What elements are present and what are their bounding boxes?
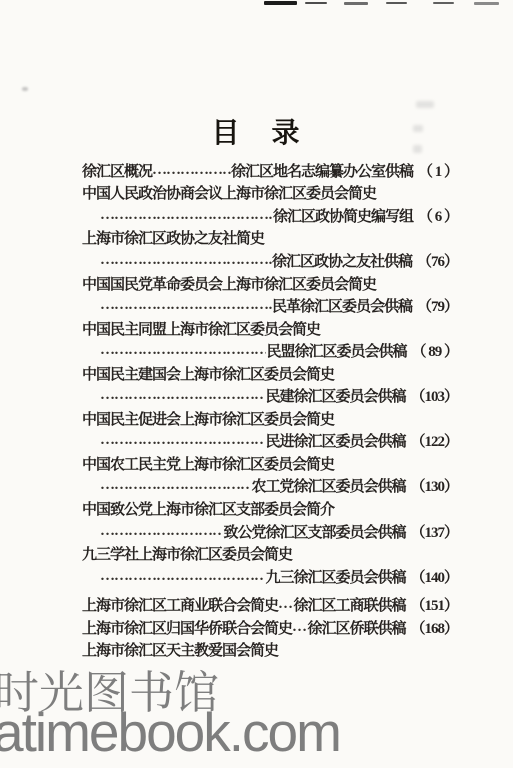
toc-entry-page: （140） bbox=[410, 566, 458, 587]
toc-entry-page: （ 1 ） bbox=[418, 160, 458, 181]
toc-entry: 徐汇区概况………………………………徐汇区地名志编纂办公室供稿（ 1 ） bbox=[82, 159, 458, 182]
dot-leader: ……………………………………………… bbox=[100, 297, 272, 314]
toc-entry-credit: 徐汇区政协之友社供稿 bbox=[272, 250, 412, 271]
toc-entry-credit-line: ………………………………………………徐汇区政协简史编写组（ 6 ） bbox=[82, 204, 458, 227]
dot-leader: …………………………………………… bbox=[100, 477, 251, 494]
toc-entry-title: 徐汇区概况 bbox=[82, 160, 152, 181]
toc-entry: 中国民主促进会上海市徐汇区委员会简史 bbox=[82, 407, 458, 430]
toc-entry-credit: 民盟徐汇区委员会供稿 bbox=[266, 340, 406, 361]
dot-leader: ………………………………… bbox=[100, 523, 223, 540]
scan-mark bbox=[305, 2, 327, 4]
toc-entry-credit: 徐汇区工商联供稿 bbox=[293, 594, 405, 615]
toc-entry-page: （ 89 ） bbox=[411, 340, 458, 361]
dot-leader: ……………………………………………… bbox=[100, 252, 272, 269]
toc-entry-page: （137） bbox=[410, 521, 458, 542]
toc-entry: 九三学社上海市徐汇区委员会简史 bbox=[82, 542, 458, 565]
toc-entry-page: （103） bbox=[410, 385, 458, 406]
toc-entry-title: 中国民主促进会上海市徐汇区委员会简史 bbox=[82, 408, 334, 429]
toc-entry-page: （122） bbox=[410, 430, 458, 451]
watermark-site-url: atimebook.com bbox=[0, 700, 340, 764]
toc-entry-credit-line: ………………………………………………徐汇区政协之友社供稿（76） bbox=[82, 249, 458, 272]
scan-mark bbox=[474, 2, 499, 5]
scan-mark bbox=[433, 2, 454, 4]
toc-entry-credit-line: ………………………………………………民盟徐汇区委员会供稿（ 89 ） bbox=[82, 339, 458, 362]
toc-entry: 上海市徐汇区归国华侨联合会简史……………徐汇区侨联供稿（168） bbox=[82, 616, 458, 639]
toc-entry-credit: 徐汇区地名志编纂办公室供稿 bbox=[231, 160, 413, 181]
toc-entry-credit: 民革徐汇区委员会供稿 bbox=[272, 295, 412, 316]
dot-leader: …………… bbox=[278, 596, 293, 613]
toc-entry-credit: 徐汇区政协简史编写组 bbox=[273, 205, 413, 226]
toc-entry: 中国致公党上海市徐汇区支部委员会简介 bbox=[82, 497, 458, 520]
dot-leader: ……………………………………………… bbox=[100, 342, 266, 359]
toc-entry-page: （151） bbox=[410, 594, 458, 615]
toc-entry-page: （168） bbox=[410, 617, 458, 638]
toc-entry-title: 中国民主同盟上海市徐汇区委员会简史 bbox=[82, 318, 320, 339]
dot-leader: ……………………………………………… bbox=[100, 207, 273, 224]
toc-entry-credit-line: …………………………………致公党徐汇区支部委员会供稿（137） bbox=[82, 520, 458, 543]
toc-entry-credit: 徐汇区侨联供稿 bbox=[307, 617, 405, 638]
toc-entry-credit: 致公党徐汇区支部委员会供稿 bbox=[223, 521, 405, 542]
toc-entry: 中国民主同盟上海市徐汇区委员会简史 bbox=[82, 317, 458, 340]
toc-entry-page: （130） bbox=[410, 475, 458, 496]
scan-smudge bbox=[416, 101, 434, 108]
scan-mark bbox=[386, 2, 407, 4]
dot-leader: ……………………………………………… bbox=[100, 568, 265, 585]
toc-entry-title: 中国农工民主党上海市徐汇区委员会简史 bbox=[82, 453, 334, 474]
toc-entry-title: 上海市徐汇区工商业联合会简史 bbox=[82, 594, 278, 615]
dot-leader: ……………………………………………… bbox=[100, 432, 265, 449]
toc-entry-credit: 农工党徐汇区委员会供稿 bbox=[251, 475, 405, 496]
toc-entry-credit: 民建徐汇区委员会供稿 bbox=[265, 385, 405, 406]
toc-entry-credit-line: ………………………………………………民革徐汇区委员会供稿（79） bbox=[82, 294, 458, 317]
dot-leader: ……………………………………………… bbox=[100, 387, 265, 404]
toc-entry-title: 中国致公党上海市徐汇区支部委员会简介 bbox=[82, 498, 334, 519]
toc-entry-credit: 民进徐汇区委员会供稿 bbox=[265, 430, 405, 451]
toc-entry: 中国国民党革命委员会上海市徐汇区委员会简史 bbox=[82, 272, 458, 295]
dot-leader: …………… bbox=[292, 619, 307, 636]
toc-entry-title: 上海市徐汇区政协之友社简史 bbox=[82, 227, 264, 248]
page-title: 目 录 bbox=[0, 111, 513, 151]
toc-entry: 上海市徐汇区工商业联合会简史……………徐汇区工商联供稿（151） bbox=[82, 593, 458, 616]
toc-entry: 中国农工民主党上海市徐汇区委员会简史 bbox=[82, 452, 458, 475]
toc-entry-page: （76） bbox=[417, 250, 458, 271]
toc-entry-page: （79） bbox=[417, 295, 458, 316]
toc-entry-title: 中国民主建国会上海市徐汇区委员会简史 bbox=[82, 363, 334, 384]
toc-entry: 中国民主建国会上海市徐汇区委员会简史 bbox=[82, 362, 458, 385]
toc-entry-credit-line: ………………………………………………民建徐汇区委员会供稿（103） bbox=[82, 384, 458, 407]
scan-mark bbox=[264, 1, 297, 5]
toc-entry-title: 中国人民政治协商会议上海市徐汇区委员会简史 bbox=[82, 182, 376, 203]
toc-entry-page: （ 6 ） bbox=[418, 205, 458, 226]
scan-speck bbox=[22, 87, 28, 91]
toc-entry-credit-line: ………………………………………………民进徐汇区委员会供稿（122） bbox=[82, 430, 458, 453]
dot-leader: ……………………………… bbox=[152, 162, 231, 179]
toc-entry-title: 上海市徐汇区归国华侨联合会简史 bbox=[82, 617, 292, 638]
toc-entry: 上海市徐汇区政协之友社简史 bbox=[82, 227, 458, 250]
scan-mark bbox=[344, 2, 368, 5]
table-of-contents: 徐汇区概况………………………………徐汇区地名志编纂办公室供稿（ 1 ） 中国人民… bbox=[82, 159, 458, 661]
toc-entry-credit-line: ……………………………………………农工党徐汇区委员会供稿（130） bbox=[82, 475, 458, 498]
toc-entry-title: 中国国民党革命委员会上海市徐汇区委员会简史 bbox=[82, 273, 376, 294]
toc-entry-credit: 九三徐汇区委员会供稿 bbox=[265, 566, 405, 587]
toc-entry: 中国人民政治协商会议上海市徐汇区委员会简史 bbox=[82, 182, 458, 205]
toc-entry-credit-line: ………………………………………………九三徐汇区委员会供稿（140） bbox=[82, 565, 458, 588]
toc-entry-title: 九三学社上海市徐汇区委员会简史 bbox=[82, 543, 292, 564]
